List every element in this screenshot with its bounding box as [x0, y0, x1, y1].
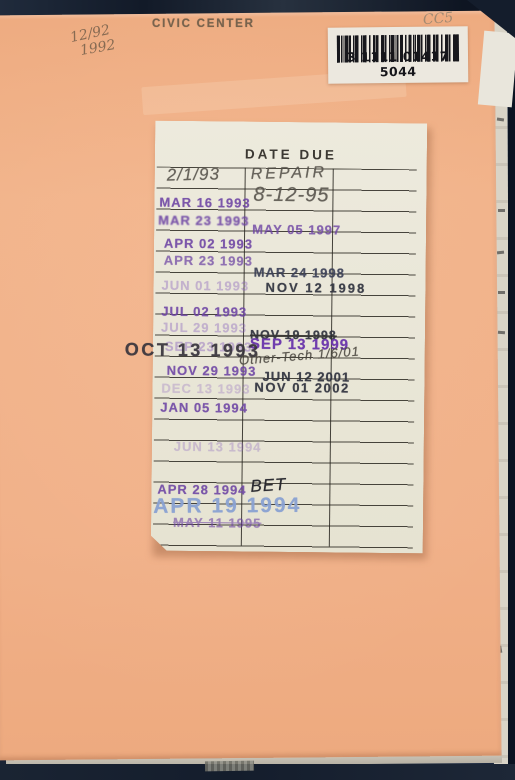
due-date-stamp: MAY 11 1995	[173, 515, 262, 531]
due-date-stamp: MAR 23 1993	[158, 213, 249, 229]
due-date-stamp: NOV 12 1998	[265, 280, 366, 296]
barcode-number: 3 1111 01417 5044	[328, 48, 468, 79]
due-date-stamp: MAR 16 1993	[159, 195, 250, 211]
due-date-stamp: APR 23 1993	[164, 253, 253, 269]
book-cover-right-edge	[508, 0, 515, 780]
page-edge-mark	[498, 209, 505, 212]
due-date-stamp: JUL 29 1993	[161, 320, 247, 336]
due-date-stamp: MAR 24 1998	[254, 265, 345, 281]
book-cover-bottom-edge	[0, 764, 515, 780]
date-due-card: DATE DUE 2/1/93 REPAIR 8-12-95 MAR 16 19…	[151, 121, 427, 554]
date-due-title: DATE DUE	[155, 146, 427, 164]
page-corner-paper	[478, 31, 515, 108]
handwritten-date: 8-12-95	[253, 184, 329, 208]
due-date-stamp: NOV 29 1993	[167, 363, 257, 379]
handwritten-note: REPAIR	[250, 164, 327, 184]
branch-stamp: CIVIC CENTER	[152, 18, 255, 30]
page-edge-mark	[498, 291, 505, 294]
book-inside-cover-scan: 12/92 1992 CIVIC CENTER CC5 3 1111 01417…	[0, 0, 515, 780]
handwritten-date: 2/1/93	[166, 164, 220, 185]
due-date-stamp: JUL 02 1993	[161, 304, 247, 320]
due-date-stamp: JUN 13 1994	[174, 439, 262, 455]
due-date-stamp: JAN 05 1994	[160, 400, 248, 416]
due-date-stamp: JUN 01 1993	[161, 278, 249, 294]
due-date-stamp: DEC 13 1993	[161, 381, 250, 397]
due-date-stamp: NOV 01 2002	[254, 380, 349, 396]
due-date-stamp: APR 02 1993	[164, 236, 253, 252]
page-edge-mark	[498, 331, 505, 334]
due-date-stamp: MAY 05 1997	[252, 222, 341, 238]
library-barcode-label: 3 1111 01417 5044	[328, 26, 469, 83]
spine-sticker	[205, 761, 254, 772]
